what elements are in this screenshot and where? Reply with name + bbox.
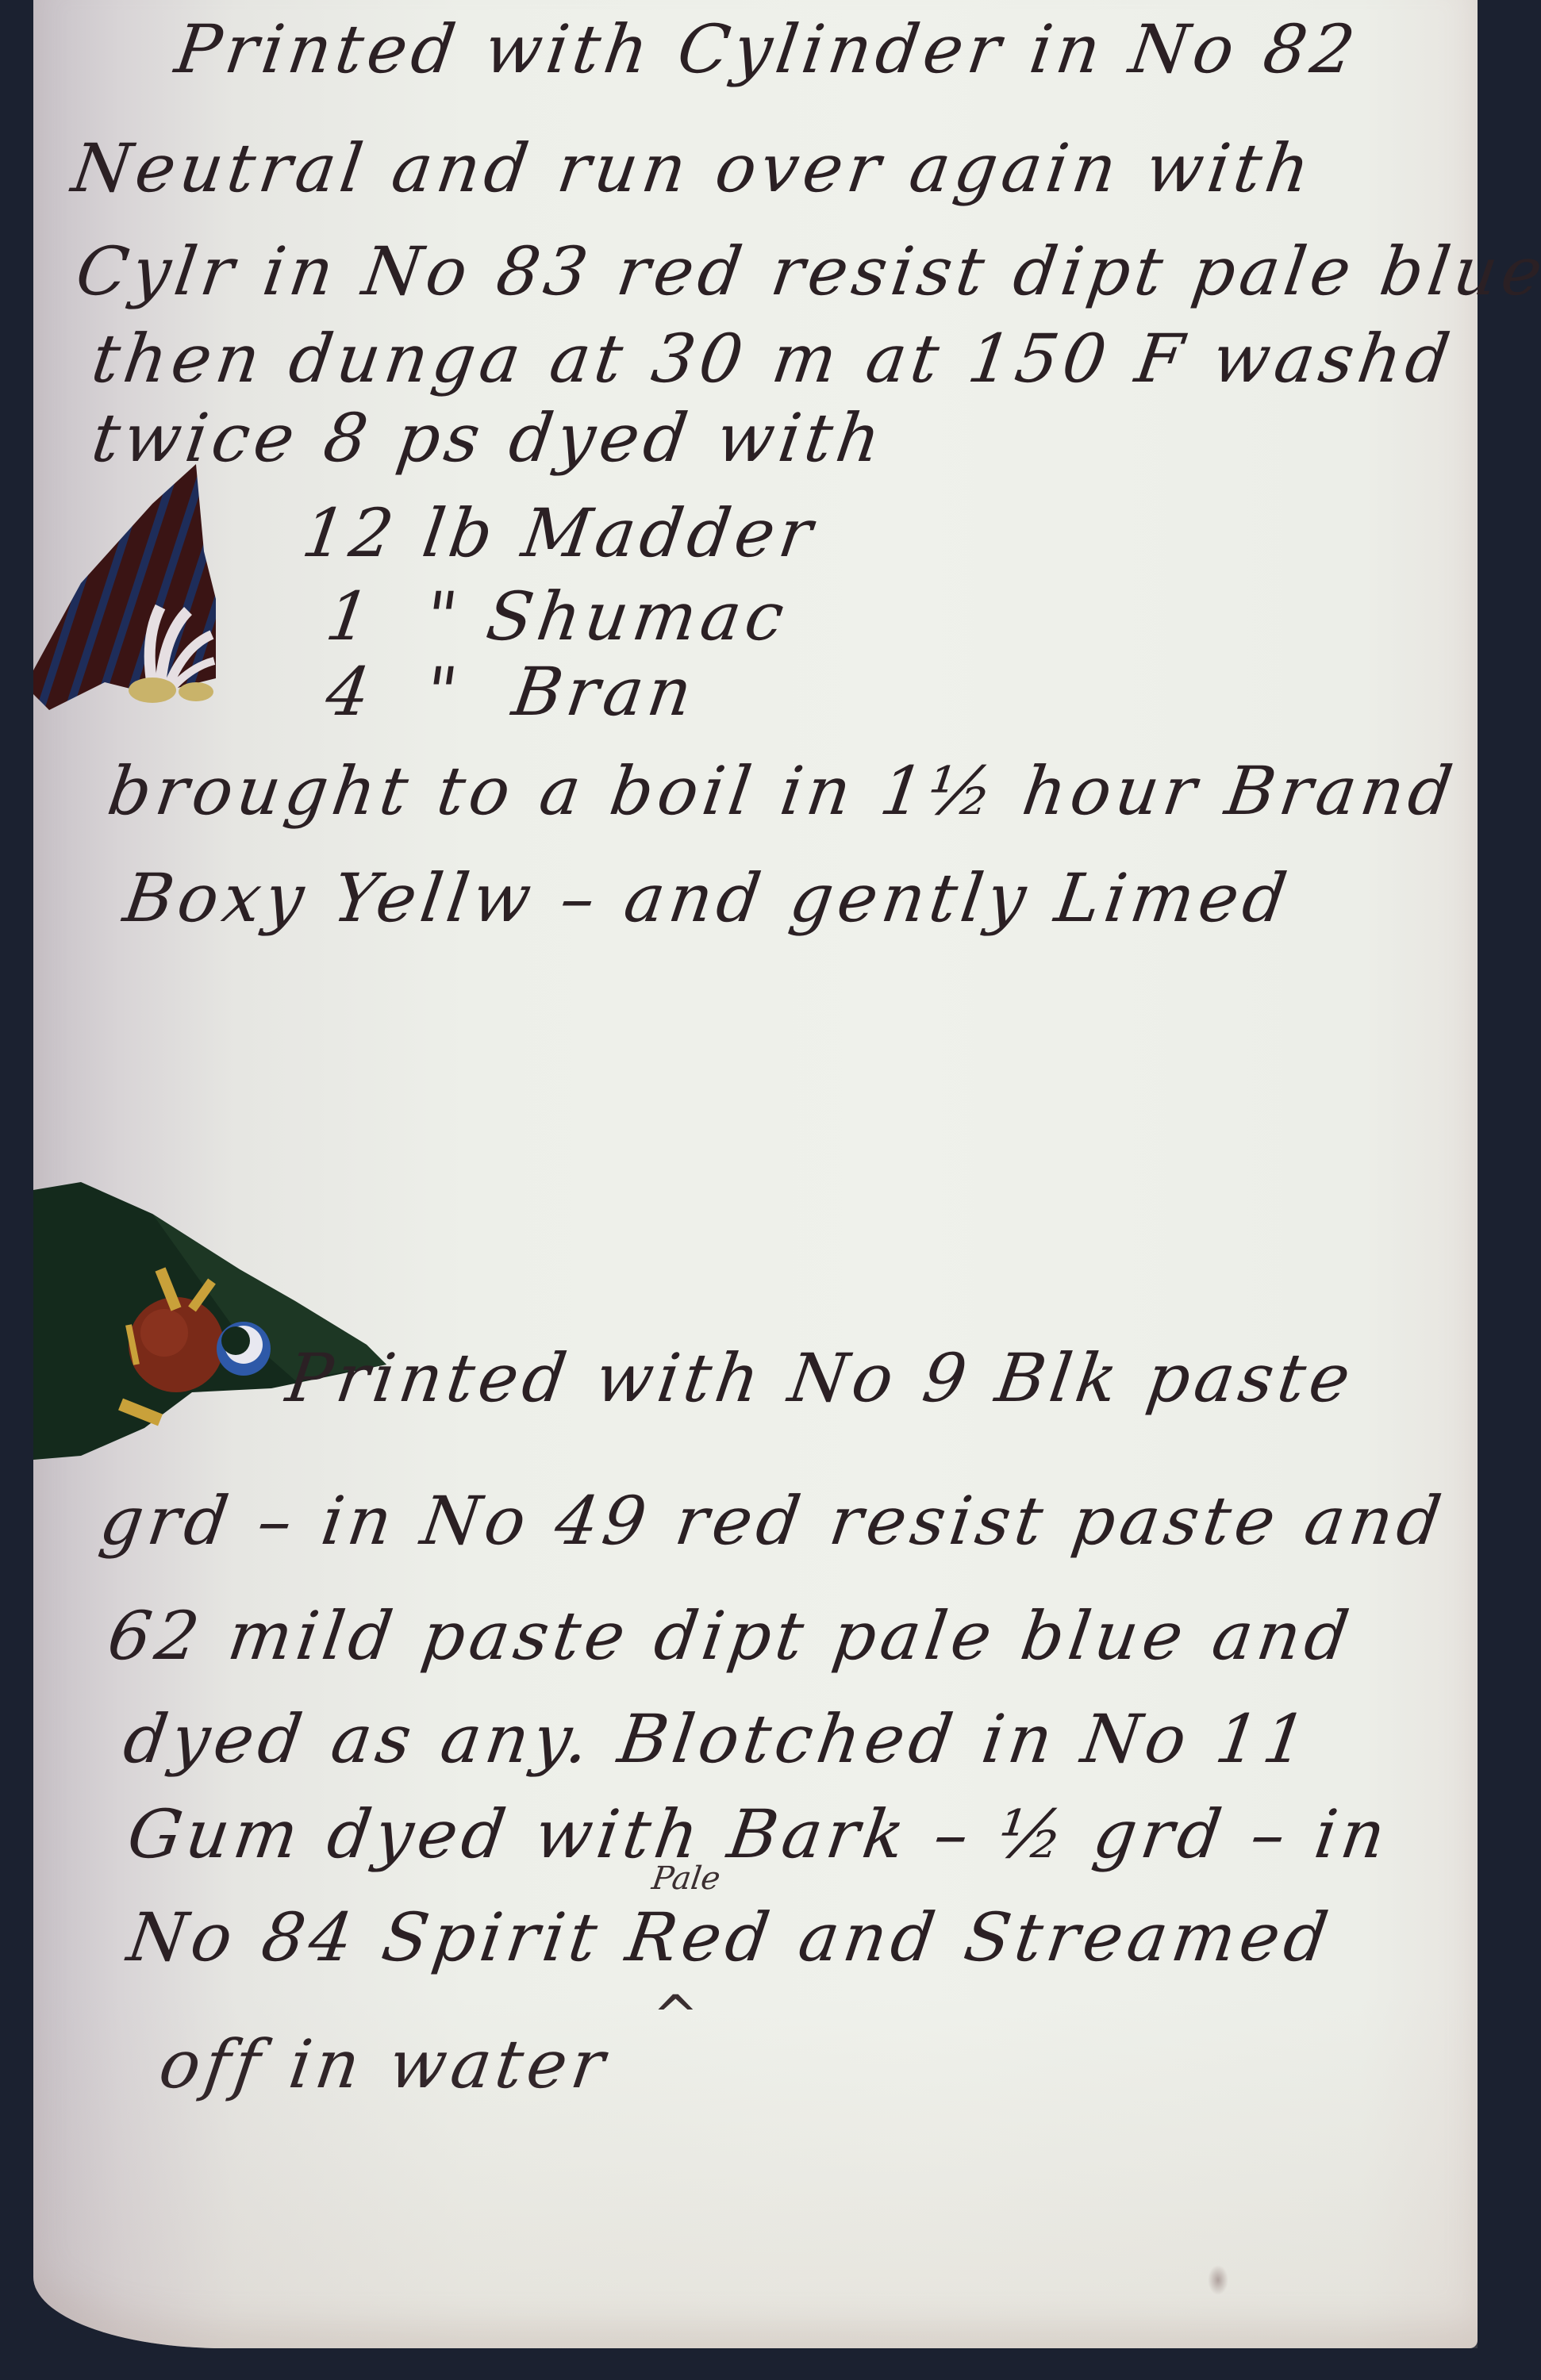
manuscript-page: Printed with Cylinder in No 82 Neutral a…: [33, 0, 1478, 2348]
recipe-qty: 12: [298, 494, 403, 572]
paper-stain: [1208, 2265, 1228, 2295]
entry1-after-line-1: brought to a boil in 1½ hour Brand: [104, 758, 1461, 824]
recipe-row-2: 1 " Shumac: [322, 583, 793, 650]
entry2-line-5: Gum dyed with Bark – ½ grd – in: [124, 1801, 1394, 1868]
recipe-qty: 4: [321, 653, 379, 731]
entry2-line-2-text: grd – in No 49 red resist paste and: [95, 1482, 1451, 1560]
recipe-ingredient: Bran: [508, 653, 701, 731]
recipe-row-3: 4 " Bran: [322, 658, 701, 725]
recipe-ingredient: Shumac: [482, 578, 793, 655]
entry2-line-6: No 84 Spirit Red and Streamed: [124, 1904, 1336, 1971]
recipe-unit: ": [421, 653, 467, 731]
entry2-line-1: Printed with No 9 Blk paste: [282, 1345, 1358, 1411]
recipe-row-1: 12 lb Madder: [298, 500, 820, 566]
entry1-line-2: Neutral and run over again with: [68, 135, 1318, 202]
entry1-line-1: Printed with Cylinder in No 82: [171, 16, 1363, 83]
entry2-line-2: grd – in No 49 red resist paste and: [96, 1487, 1450, 1554]
fabric-swatch-1: [33, 456, 216, 710]
entry1-after-line-2: Boxy Yellw – and gently Limed: [120, 865, 1295, 931]
insertion-caret: ^: [652, 1983, 699, 2048]
entry1-line-3: Cylr in No 83 red resist dipt pale blue: [72, 238, 1541, 305]
entry1-line-4: then dunga at 30 m at 150 F washd: [88, 325, 1458, 392]
recipe-unit: ": [421, 578, 467, 655]
insertion-pale: Pale: [650, 1860, 723, 1897]
recipe-ingredient: Madder: [517, 494, 821, 572]
fabric-swatch-2: [33, 1182, 414, 1468]
recipe-unit: lb: [418, 494, 502, 572]
entry2-line-3: 62 mild paste dipt pale blue and: [104, 1603, 1357, 1669]
entry2-line-4: dyed as any. Blotched in No 11: [120, 1706, 1316, 1772]
entry2-line-7: off in water: [156, 2031, 613, 2098]
recipe-qty: 1: [321, 578, 379, 655]
